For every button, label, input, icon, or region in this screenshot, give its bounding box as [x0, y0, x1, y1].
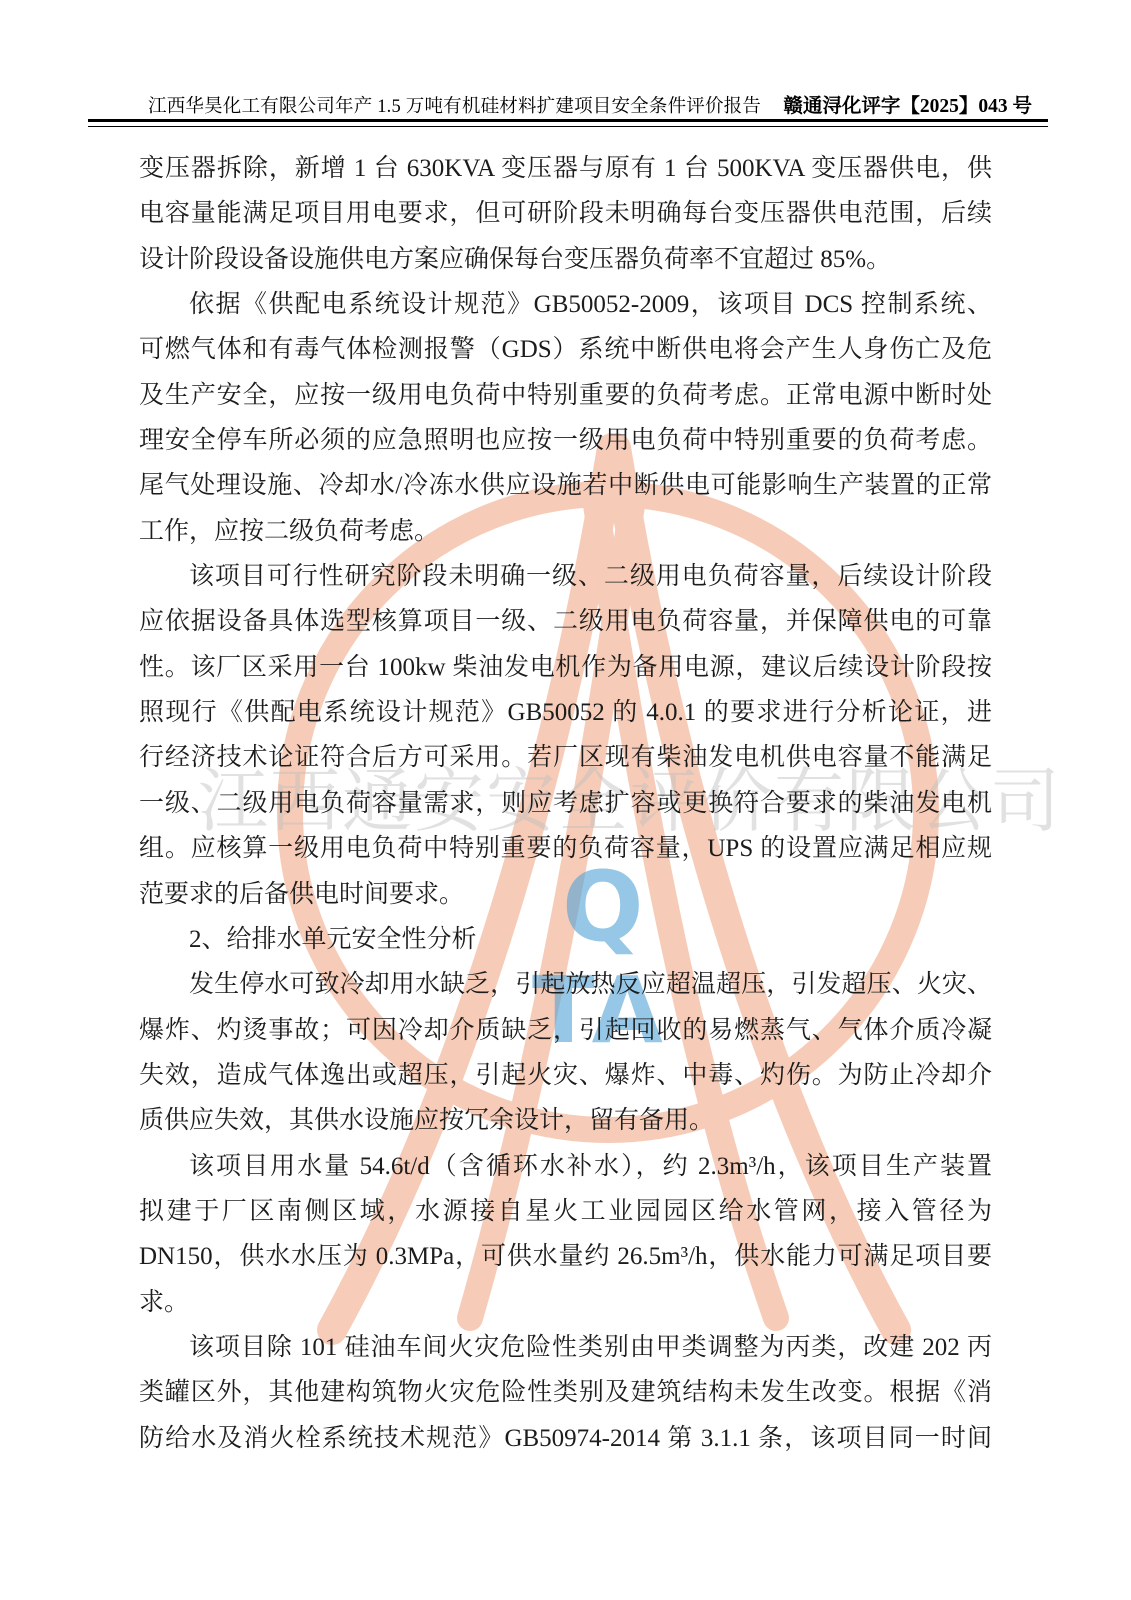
body-line: 及生产安全，应按一级用电负荷中特别重要的负荷考虑。正常电源中断时处: [139, 373, 992, 418]
document-page: 江西通安安全评价有限公司 Q TA 江西华昊化工有限公司年产 1.5 万吨有机硅…: [0, 0, 1131, 1600]
body-line: 应依据设备具体选型核算项目一级、二级用电负荷容量，并保障供电的可靠: [139, 599, 992, 644]
body-line: 组。应核算一级用电负荷中特别重要的负荷容量，UPS 的设置应满足相应规: [139, 826, 992, 871]
body-line: 设计阶段设备设施供电方案应确保每台变压器负荷率不宜超过 85%。: [139, 237, 992, 282]
body-line: 求。: [139, 1280, 992, 1325]
page-header: 江西华昊化工有限公司年产 1.5 万吨有机硅材料扩建项目安全条件评价报告 赣通浔…: [148, 90, 1032, 118]
body-line: 该项目可行性研究阶段未明确一级、二级用电负荷容量，后续设计阶段: [139, 554, 992, 599]
body-line: 可燃气体和有毒气体检测报警（GDS）系统中断供电将会产生人身伤亡及危: [139, 327, 992, 372]
body-line: 电容量能满足项目用电要求，但可研阶段未明确每台变压器供电范围，后续: [139, 191, 992, 236]
document-number: 赣通浔化评字【2025】043 号: [783, 90, 1032, 118]
page-content: 江西华昊化工有限公司年产 1.5 万吨有机硅材料扩建项目安全条件评价报告 赣通浔…: [0, 0, 1131, 1600]
body-line: 行经济技术论证符合后方可采用。若厂区现有柴油发电机供电容量不能满足: [139, 735, 992, 780]
body-line: 理安全停车所必须的应急照明也应按一级用电负荷中特别重要的负荷考虑。: [139, 418, 992, 463]
body-line: DN150，供水水压为 0.3MPa，可供水量约 26.5m³/h，供水能力可满…: [139, 1234, 992, 1279]
body-line: 依据《供配电系统设计规范》GB50052-2009，该项目 DCS 控制系统、: [139, 282, 992, 327]
report-title-header: 江西华昊化工有限公司年产 1.5 万吨有机硅材料扩建项目安全条件评价报告: [148, 92, 761, 118]
body-line: 变压器拆除，新增 1 台 630KVA 变压器与原有 1 台 500KVA 变压…: [139, 146, 992, 191]
body-line: 尾气处理设施、冷却水/冷冻水供应设施若中断供电可能影响生产装置的正常: [139, 463, 992, 508]
body-line: 失效，造成气体逸出或超压，引起火灾、爆炸、中毒、灼伤。为防止冷却介: [139, 1053, 992, 1098]
body-line: 性。该厂区采用一台 100kw 柴油发电机作为备用电源，建议后续设计阶段按: [139, 645, 992, 690]
body-line: 发生停水可致冷却用水缺乏，引起放热反应超温超压，引发超压、火灾、: [139, 962, 992, 1007]
body-text: 变压器拆除，新增 1 台 630KVA 变压器与原有 1 台 500KVA 变压…: [139, 146, 992, 1461]
body-line: 一级、二级用电负荷容量需求，则应考虑扩容或更换符合要求的柴油发电机: [139, 781, 992, 826]
body-line: 类罐区外，其他建构筑物火灾危险性类别及建筑结构未发生改变。根据《消: [139, 1370, 992, 1415]
body-line: 质供应失效，其供水设施应按冗余设计，留有备用。: [139, 1098, 992, 1143]
body-line: 该项目除 101 硅油车间火灾危险性类别由甲类调整为丙类，改建 202 丙: [139, 1325, 992, 1370]
body-line: 照现行《供配电系统设计规范》GB50052 的 4.0.1 的要求进行分析论证，…: [139, 690, 992, 735]
body-line: 防给水及消火栓系统技术规范》GB50974-2014 第 3.1.1 条，该项目…: [139, 1416, 992, 1461]
body-line: 工作，应按二级负荷考虑。: [139, 509, 992, 554]
section-heading: 2、给排水单元安全性分析: [139, 917, 992, 962]
header-rule: [88, 119, 1048, 127]
body-line: 范要求的后备供电时间要求。: [139, 872, 992, 917]
body-line: 拟建于厂区南侧区域，水源接自星火工业园园区给水管网，接入管径为: [139, 1189, 992, 1234]
body-line: 该项目用水量 54.6t/d（含循环水补水），约 2.3m³/h，该项目生产装置: [139, 1144, 992, 1189]
body-line: 爆炸、灼烫事故；可因冷却介质缺乏，引起回收的易燃蒸气、气体介质冷凝: [139, 1008, 992, 1053]
